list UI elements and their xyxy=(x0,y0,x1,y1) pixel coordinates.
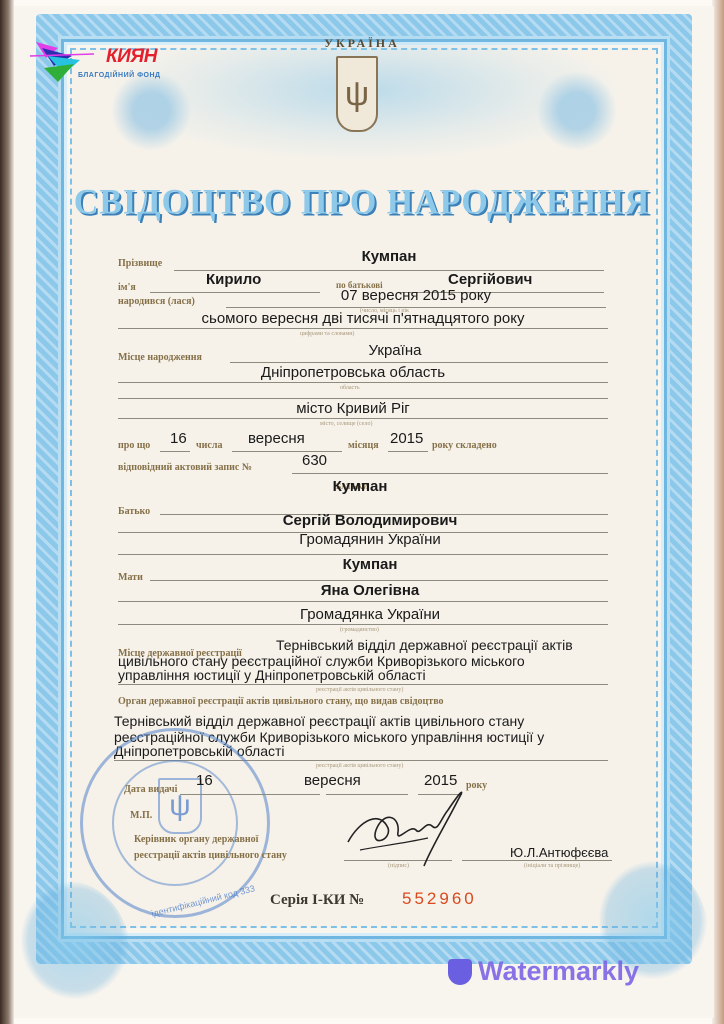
father-citizenship-line xyxy=(118,554,608,555)
issuer-label: Орган державної реєстрації актів цивільн… xyxy=(118,696,444,707)
birthplace-region: Дніпропетровська область xyxy=(118,364,588,381)
registration-place-line xyxy=(118,684,608,685)
issuer-caption: реєстрації актів цивільного стану) xyxy=(316,763,403,769)
birthplace-region-caption: область xyxy=(340,385,360,391)
issue-day-line xyxy=(180,794,320,795)
child-name: Кирило xyxy=(206,271,261,288)
record-day-label: числа xyxy=(196,440,222,451)
record-month-label: місяця xyxy=(348,440,379,451)
trident-icon: ψ xyxy=(336,56,378,132)
mother-citizenship: Громадянка України xyxy=(160,606,580,623)
mother-name: Яна Олегівна xyxy=(160,582,580,599)
father-name: Сергій Володимирович xyxy=(160,512,580,529)
mother-citizenship-caption: (громадянство) xyxy=(340,627,379,633)
record-month: вересня xyxy=(248,430,305,447)
birthplace-region-line xyxy=(118,382,608,383)
act-number: 630 xyxy=(302,452,327,469)
mother-name-line xyxy=(118,601,608,602)
child-surname: Кумпан xyxy=(174,248,604,265)
mother-citizenship-line xyxy=(118,624,608,625)
born-label: народився (лася) xyxy=(118,296,195,307)
mother-label: Мати xyxy=(118,572,143,583)
country-heading: УКРАЇНА xyxy=(0,36,724,51)
birth-date-digits: 07 вересня 2015 року xyxy=(226,287,606,304)
record-day: 16 xyxy=(170,430,187,447)
record-prefix: про що xyxy=(118,440,150,451)
logo-subtitle: БЛАГОДІЙНИЙ ФОНД xyxy=(78,72,161,79)
serial-label: Серія І-КИ № xyxy=(270,892,364,909)
birthplace-city-line xyxy=(118,418,608,419)
official-name-caption: (ініціали та прізвище) xyxy=(524,863,580,869)
birthplace-city: місто Кривий Ріг xyxy=(118,400,588,417)
document-title: СВІДОЦТВО ПРО НАРОДЖЕННЯ xyxy=(0,183,724,223)
record-year-line xyxy=(388,451,428,452)
birthplace-country-line xyxy=(230,362,608,363)
birthplace-label: Місце народження xyxy=(118,352,202,363)
record-year: 2015 xyxy=(390,430,423,447)
serial-number: 552960 xyxy=(402,889,477,909)
act-number-line xyxy=(292,473,608,474)
record-year-label: року складено xyxy=(432,440,497,451)
father-label: Батько xyxy=(118,506,150,517)
issuer-line1: Тернівський відділ державної реєстрації … xyxy=(114,714,524,728)
registration-place-line1: Тернівський відділ державної реєстрації … xyxy=(276,638,573,652)
mother-surname-line xyxy=(150,580,608,581)
birthplace-district-line xyxy=(118,398,608,399)
shield-icon xyxy=(448,959,472,985)
issue-date-label: Дата видачі xyxy=(124,784,177,795)
birthplace-country: Україна xyxy=(230,342,560,359)
watermark: Watermarkly xyxy=(448,956,639,987)
watermark-text: Watermarkly xyxy=(478,956,639,987)
official-name: Ю.Л.Антюфєєва xyxy=(510,845,608,860)
birth-date-words-caption: цифрами та словами) xyxy=(300,331,354,337)
birth-date-line xyxy=(226,307,606,308)
child-patronymic: Сергійович xyxy=(448,271,532,288)
record-day-line xyxy=(160,451,190,452)
birth-date-words-line xyxy=(118,328,608,329)
name-label: ім'я xyxy=(118,282,136,293)
signature xyxy=(340,780,470,870)
photo-edge-left xyxy=(0,0,14,1024)
mother-surname: Кумпан xyxy=(160,556,580,573)
seal-label: М.П. xyxy=(130,810,152,821)
registration-place-line3: управління юстиції у Дніпропетровській о… xyxy=(118,668,426,682)
registration-place-line2: цивільного стану реєстраційної служби Кр… xyxy=(118,654,525,668)
father-citizenship: Громадянин України xyxy=(160,531,580,548)
head-label-line1: Керівник органу державної xyxy=(134,834,258,845)
birth-date-words: сьомого вересня дві тисячі п'ятнадцятого… xyxy=(118,310,608,327)
surname-label: Прізвище xyxy=(118,258,162,269)
birthplace-city-caption: місто, селище (село) xyxy=(320,421,372,427)
father-surname: Кумпан xyxy=(200,478,520,495)
official-name-line xyxy=(462,860,612,861)
registration-place-caption: реєстрації актів цивільного стану) xyxy=(316,687,403,693)
head-label-line2: реєстрації актів цивільного стану xyxy=(134,850,287,861)
act-number-label: відповідний актовий запис № xyxy=(118,462,252,473)
issue-day: 16 xyxy=(196,772,213,789)
